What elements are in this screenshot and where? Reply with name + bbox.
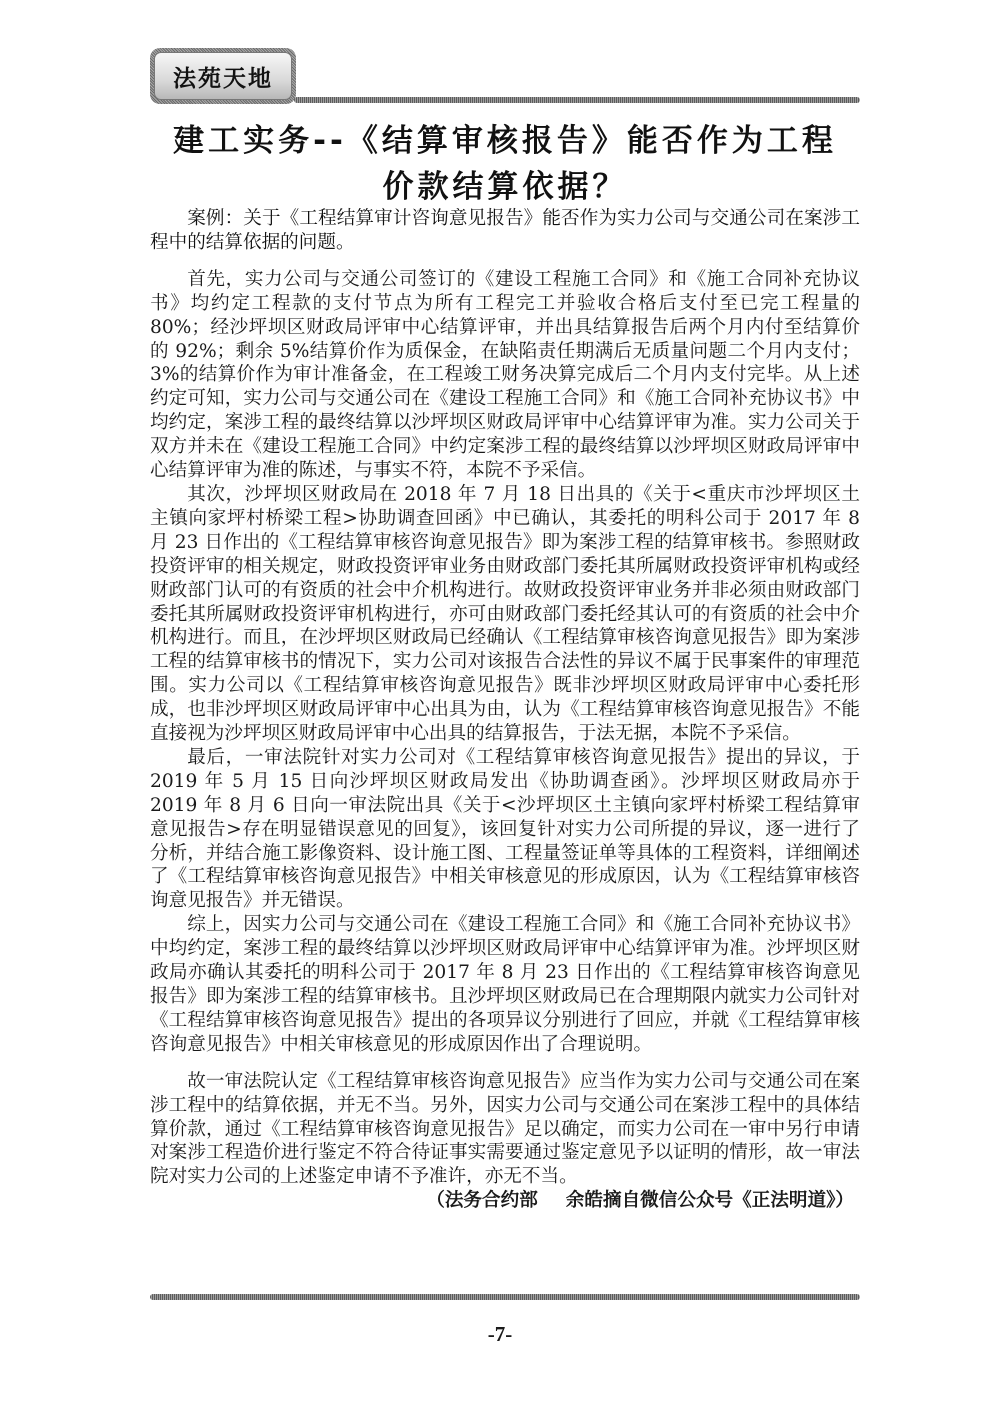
section-badge-inner: 法苑天地 [154, 52, 292, 100]
header-divider [294, 97, 860, 103]
paragraph-first: 首先，实力公司与交通公司签订的《建设工程施工合同》和《施工合同补充协议书》均约定… [150, 268, 860, 483]
section-badge: 法苑天地 [150, 48, 296, 104]
paragraph-summary: 综上，因实力公司与交通公司在《建设工程施工合同》和《施工合同补充协议书》中均约定… [150, 913, 860, 1056]
paragraph-second: 其次，沙坪坝区财政局在 2018 年 7 月 18 日出具的《关于<重庆市沙坪坝… [150, 483, 860, 746]
article-title-line-2: 价款结算依据？ [150, 164, 860, 210]
section-badge-label: 法苑天地 [173, 60, 273, 93]
paragraph-conclusion: 故一审法院认定《工程结算审核咨询意见报告》应当作为实力公司与交通公司在案涉工程中… [150, 1070, 860, 1190]
byline-department: （法务合约部 [426, 1190, 538, 1211]
byline-source: 余皓摘自微信公众号《正法明道》） [566, 1190, 854, 1211]
page-number: -7- [0, 1322, 1000, 1347]
document-page: 法苑天地 建工实务--《结算审核报告》能否作为工程 价款结算依据？ 案例：关于《… [0, 0, 1000, 1414]
case-intro: 案例：关于《工程结算审计咨询意见报告》能否作为实力公司与交通公司在案涉工程中的结… [150, 207, 860, 255]
article-title-line-1: 建工实务--《结算审核报告》能否作为工程 [150, 118, 860, 164]
article-body: 案例：关于《工程结算审计咨询意见报告》能否作为实力公司与交通公司在案涉工程中的结… [150, 207, 860, 1213]
paragraph-last: 最后，一审法院针对实力公司对《工程结算审核咨询意见报告》提出的异议，于 2019… [150, 746, 860, 913]
footer-divider [150, 1294, 860, 1300]
byline: （法务合约部余皓摘自微信公众号《正法明道》） [150, 1189, 860, 1213]
article-title: 建工实务--《结算审核报告》能否作为工程 价款结算依据？ [150, 118, 860, 210]
